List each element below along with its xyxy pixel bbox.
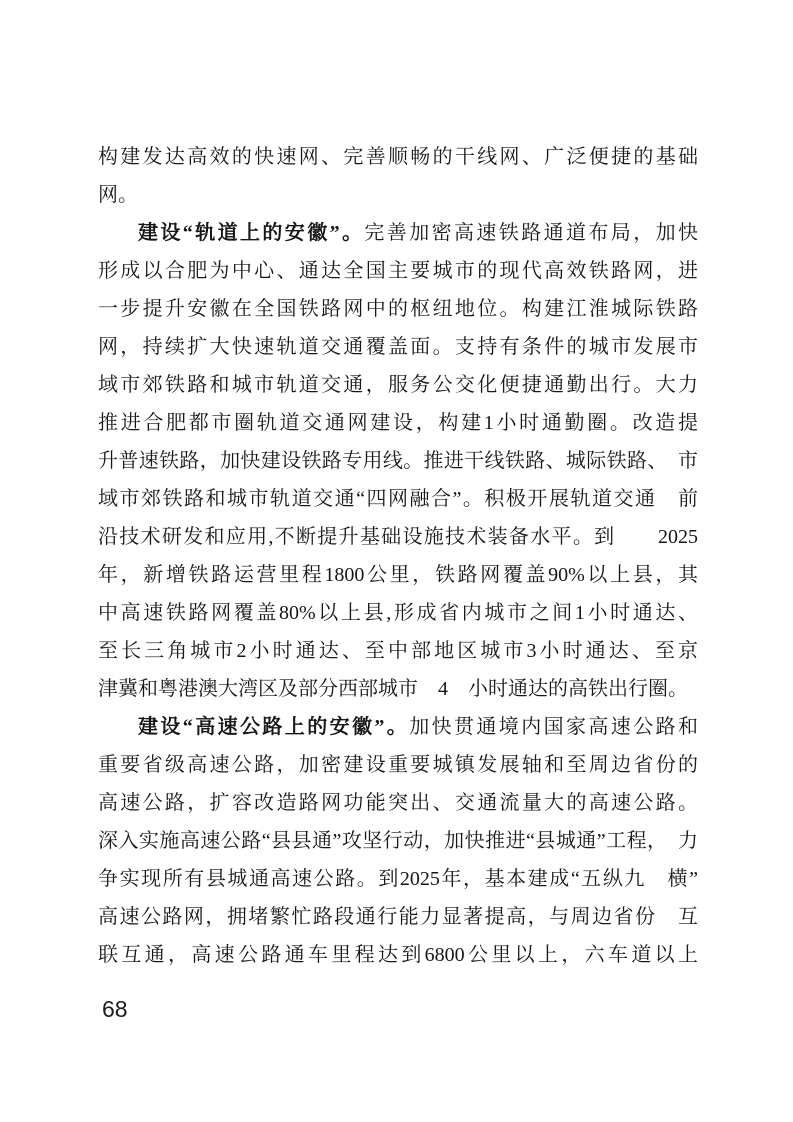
text-line: 高速公路，扩容改造路网功能突出、交通流量大的高速公路。 [98,784,698,822]
text-line: 推进合肥都市圈轨道交通网建设，构建1小时通勤圈。改造提 [98,404,698,442]
text-line: 形成以合肥为中心、通达全国主要城市的现代高效铁路网，进 [98,252,698,290]
text-line: 网。 [98,176,698,214]
text-line: 津冀和粤港澳大湾区及部分西部城市 4 小时通达的高铁出行圈。 [98,670,698,708]
text-line: 一步提升安徽在全国铁路网中的枢纽地位。构建江淮城际铁路 [98,290,698,328]
text-line: 网，持续扩大快速轨道交通覆盖面。支持有条件的城市发展市 [98,328,698,366]
text-line: 域市郊铁路和城市轨道交通，服务公交化便捷通勤出行。大力 [98,366,698,404]
document-page: 构建发达高效的快速网、完善顺畅的干线网、广泛便捷的基础网。建设“轨道上的安徽”。… [0,0,793,1122]
text-line: 年，新增铁路运营里程1800公里，铁路网覆盖90%以上县，其 [98,556,698,594]
document-body: 构建发达高效的快速网、完善顺畅的干线网、广泛便捷的基础网。建设“轨道上的安徽”。… [98,138,698,974]
text-line: 沿技术研发和应用,不断提升基础设施技术装备水平。到 2025 [98,518,698,556]
text-line: 争实现所有县城通高速公路。到2025年，基本建成“五纵九 横” [98,860,698,898]
text-line: 中高速铁路网覆盖80%以上县,形成省内城市之间1小时通达、 [98,594,698,632]
text-line: 至长三角城市2小时通达、至中部地区城市3小时通达、至京 [98,632,698,670]
paragraph: 建设“高速公路上的安徽”。加快贯通境内国家高速公路和重要省级高速公路，加密建设重… [98,708,698,974]
text-line: 建设“高速公路上的安徽”。加快贯通境内国家高速公路和 [98,708,698,746]
text-line: 重要省级高速公路，加密建设重要城镇发展轴和至周边省份的 [98,746,698,784]
text-line: 深入实施高速公路“县县通”攻坚行动，加快推进“县城通”工程， 力 [98,822,698,860]
page-number: 68 [102,994,128,1024]
bold-lead-in: 建设“高速公路上的安徽”。 [138,716,409,738]
text-line: 升普速铁路，加快建设铁路专用线。推进干线铁路、城际铁路、 市 [98,442,698,480]
paragraph: 构建发达高效的快速网、完善顺畅的干线网、广泛便捷的基础网。 [98,138,698,214]
text-line: 构建发达高效的快速网、完善顺畅的干线网、广泛便捷的基础 [98,138,698,176]
text-line: 高速公路网，拥堵繁忙路段通行能力显著提高，与周边省份 互 [98,898,698,936]
bold-lead-in: 建设“轨道上的安徽”。 [138,222,364,244]
text-line: 域市郊铁路和城市轨道交通“四网融合”。积极开展轨道交通 前 [98,480,698,518]
text-line: 建设“轨道上的安徽”。完善加密高速铁路通道布局，加快 [98,214,698,252]
text-line: 联互通，高速公路通车里程达到6800公里以上，六车道以上 [98,936,698,974]
paragraph: 建设“轨道上的安徽”。完善加密高速铁路通道布局，加快形成以合肥为中心、通达全国主… [98,214,698,708]
